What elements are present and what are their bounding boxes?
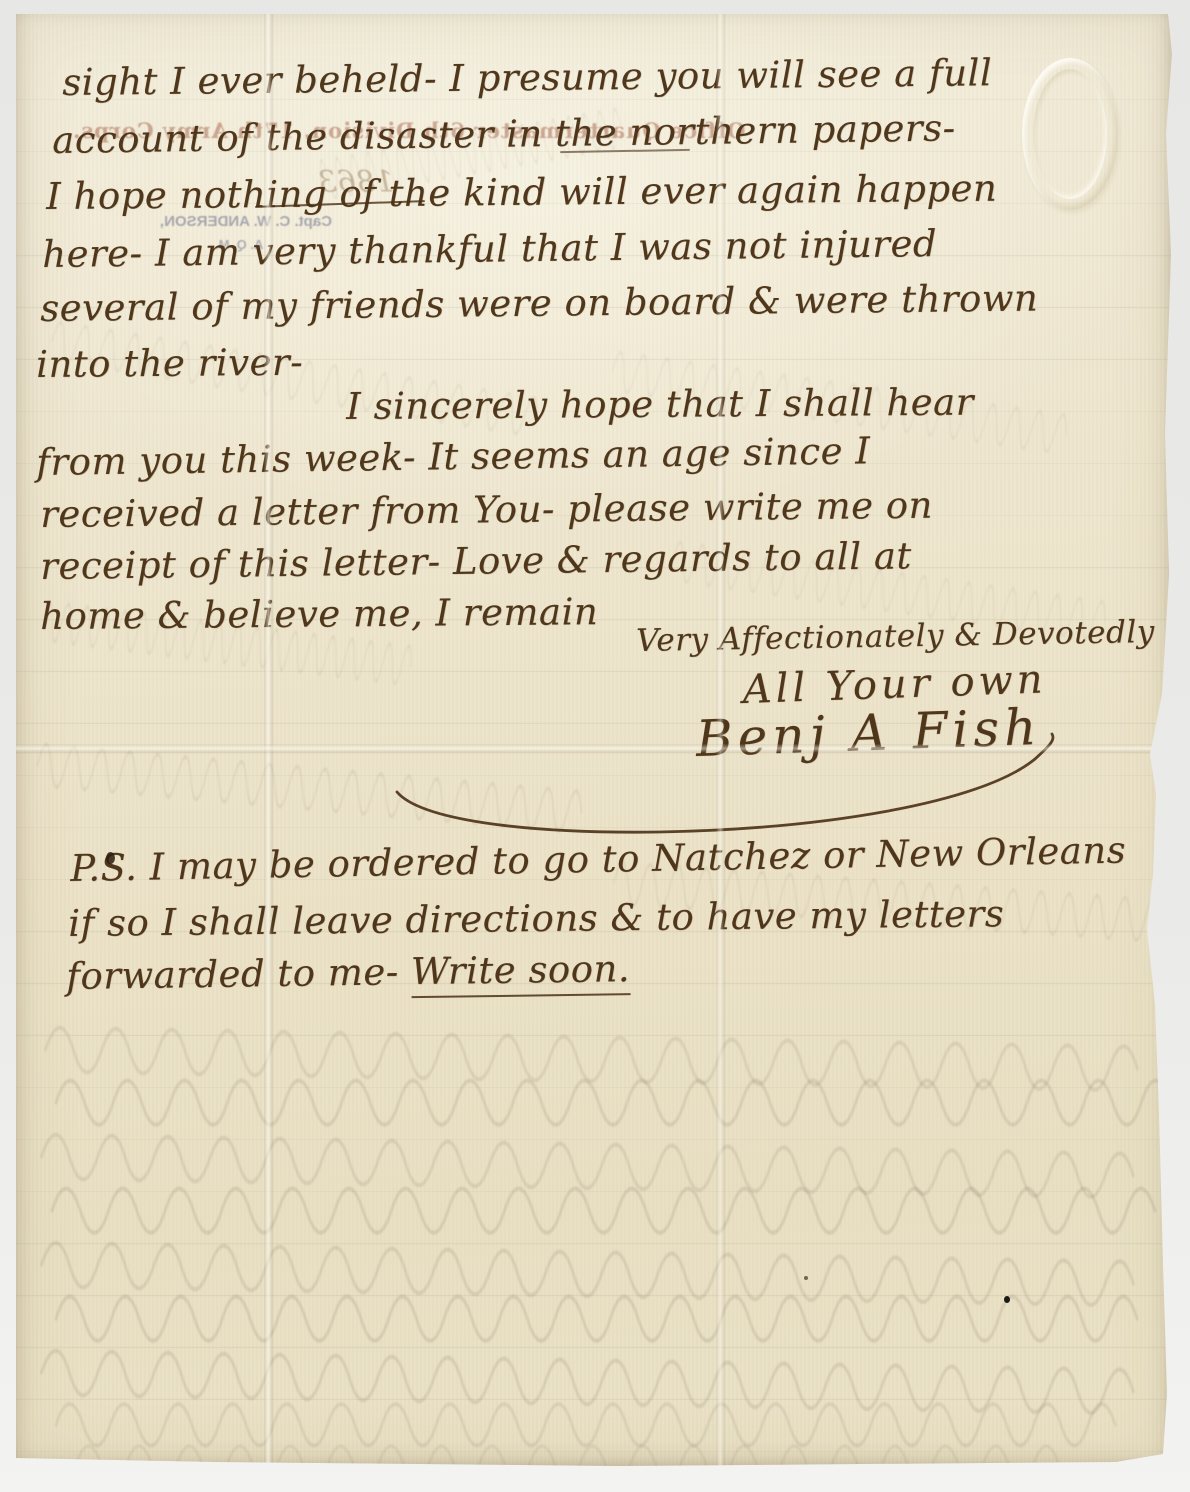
letter-line-11: home & believe me, I remain [40,593,598,635]
letter-line-7: I sincerely hope that I shall hear [346,384,974,425]
letter-line-5: several of my friends were on board & we… [40,280,1038,327]
ps-line-3-prefix: forwarded to me- [66,950,411,998]
scanned-letter: Office Quartermaster 6th Division, 17th … [0,0,1190,1492]
closing-line-1: Very Affectionately & Devotedly [636,617,1155,657]
signature: Benj A Fish [695,702,1042,764]
embossed-seal-icon [1022,58,1118,210]
letter-line-6: into the river- [36,344,303,383]
ink-speck [1004,1296,1010,1303]
letter-line-1: sight I ever beheld- I presume you will … [62,54,992,101]
letter-line-9: received a letter from You- please write… [40,487,933,533]
ps-line-2: if so I shall leave directions & to have… [68,895,1004,942]
letter-line-2: account of the disaster in the northern … [52,109,956,159]
write-soon-underlined: Write soon. [411,947,631,998]
letter-line-3: I hope nothing of the kind will ever aga… [46,170,997,215]
letter-page: Office Quartermaster 6th Division, 17th … [16,14,1174,1466]
letter-line-8: from you this week- It seems an age sinc… [36,432,871,481]
ps-line-3: forwarded to me- Write soon. [66,950,630,995]
ink-speck [106,852,115,864]
ink-speck [804,1276,808,1280]
letter-line-10: receipt of this letter- Love & regards t… [40,537,912,585]
letter-line-4: here- I am very thankful that I was not … [42,225,937,273]
ps-line-1: P.S. I may be ordered to go to Natchez o… [70,832,1126,887]
